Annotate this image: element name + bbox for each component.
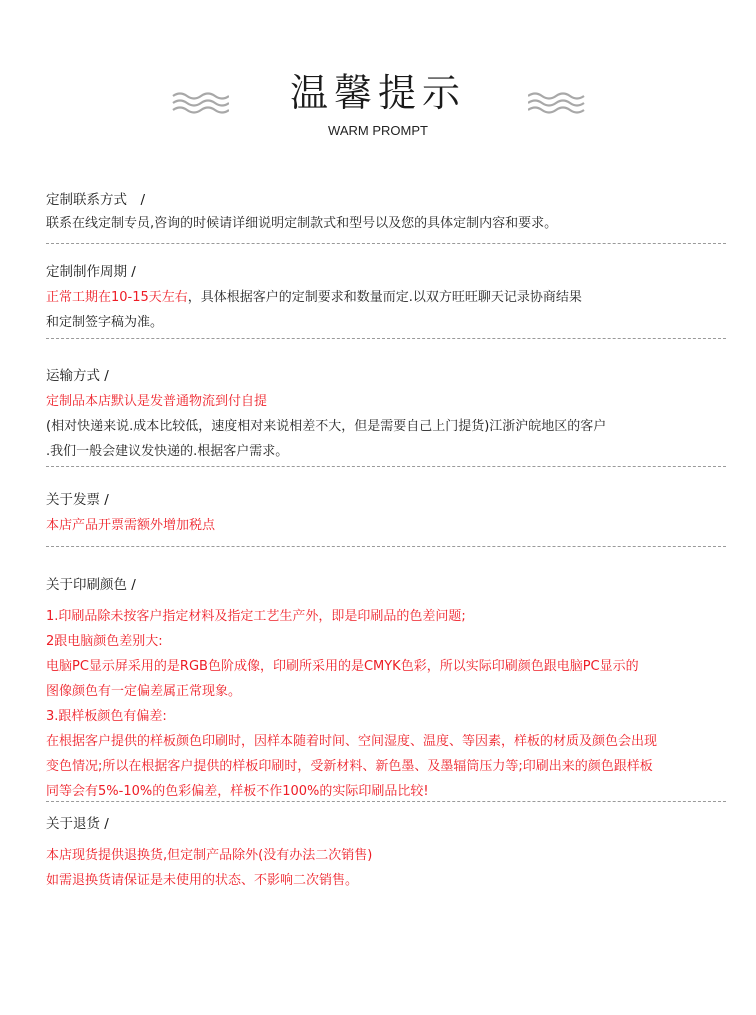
page-subtitle: WARM PROMPT — [0, 123, 756, 138]
section-heading: 关于发票 / — [46, 488, 736, 513]
section-text: 本店产品开票需额外增加税点 — [46, 513, 736, 538]
page-title: 温馨提示 — [0, 68, 756, 118]
section-heading: 定制联系方式 / — [46, 188, 736, 213]
section-text: (相对快递来说.成本比较低，速度相对来说相差不大，但是需要自己上门提货)江浙沪皖… — [46, 414, 736, 439]
section-production-period: 定制制作周期 / 正常工期在10-15天左右，具体根据客户的定制要求和数量而定.… — [46, 260, 736, 335]
dashed-divider — [46, 801, 726, 802]
section-text: 图像颜色有一定偏差属正常现象。 — [46, 679, 736, 704]
section-heading: 关于印刷颜色 / — [46, 573, 736, 598]
section-print-color: 关于印刷颜色 / 1.印刷品除未按客户指定材料及指定工艺生产外，即是印刷品的色差… — [46, 573, 736, 804]
dashed-divider — [46, 338, 726, 339]
section-invoice: 关于发票 / 本店产品开票需额外增加税点 — [46, 488, 736, 538]
dashed-divider — [46, 546, 726, 547]
section-text: 联系在线定制专员,咨询的时候请详细说明定制款式和型号以及您的具体定制内容和要求。 — [46, 213, 736, 235]
section-heading: 关于退货 / — [46, 812, 736, 837]
section-text: 电脑PC显示屏采用的是RGB色阶成像，印刷所采用的是CMYK色彩，所以实际印刷颜… — [46, 654, 736, 679]
highlight-text: 正常工期在10-15天左右 — [46, 290, 188, 305]
section-text: 和定制签字稿为准。 — [46, 310, 736, 335]
section-text: 3.跟样板颜色有偏差: — [46, 704, 736, 729]
section-shipping: 运输方式 / 定制品本店默认是发普通物流到付自提 (相对快递来说.成本比较低，速… — [46, 364, 736, 464]
section-text: 定制品本店默认是发普通物流到付自提 — [46, 389, 736, 414]
section-text: 变色情况;所以在根据客户提供的样板印刷时，受新材料、新色墨、及墨辐筒压力等;印刷… — [46, 754, 736, 779]
body-text: ，具体根据客户的定制要求和数量而定.以双方旺旺聊天记录协商结果 — [188, 290, 582, 305]
section-returns: 关于退货 / 本店现货提供退换货,但定制产品除外(没有办法二次销售) 如需退换货… — [46, 812, 736, 893]
wave-icon — [528, 88, 586, 118]
section-text: 2跟电脑颜色差别大: — [46, 629, 736, 654]
section-text: 本店现货提供退换货,但定制产品除外(没有办法二次销售) — [46, 843, 736, 868]
section-text: 正常工期在10-15天左右，具体根据客户的定制要求和数量而定.以双方旺旺聊天记录… — [46, 285, 736, 310]
section-heading: 运输方式 / — [46, 364, 736, 389]
section-text: 1.印刷品除未按客户指定材料及指定工艺生产外，即是印刷品的色差问题; — [46, 604, 736, 629]
section-contact: 定制联系方式 / 联系在线定制专员,咨询的时候请详细说明定制款式和型号以及您的具… — [46, 188, 736, 235]
section-text: 在根据客户提供的样板颜色印刷时，因样本随着时间、空间湿度、温度、等因素，样板的材… — [46, 729, 736, 754]
section-heading: 定制制作周期 / — [46, 260, 736, 285]
dashed-divider — [46, 466, 726, 467]
section-text: 如需退换货请保证是未使用的状态、不影响二次销售。 — [46, 868, 736, 893]
dashed-divider — [46, 243, 726, 244]
section-text: .我们一般会建议发快递的.根据客户需求。 — [46, 439, 736, 464]
